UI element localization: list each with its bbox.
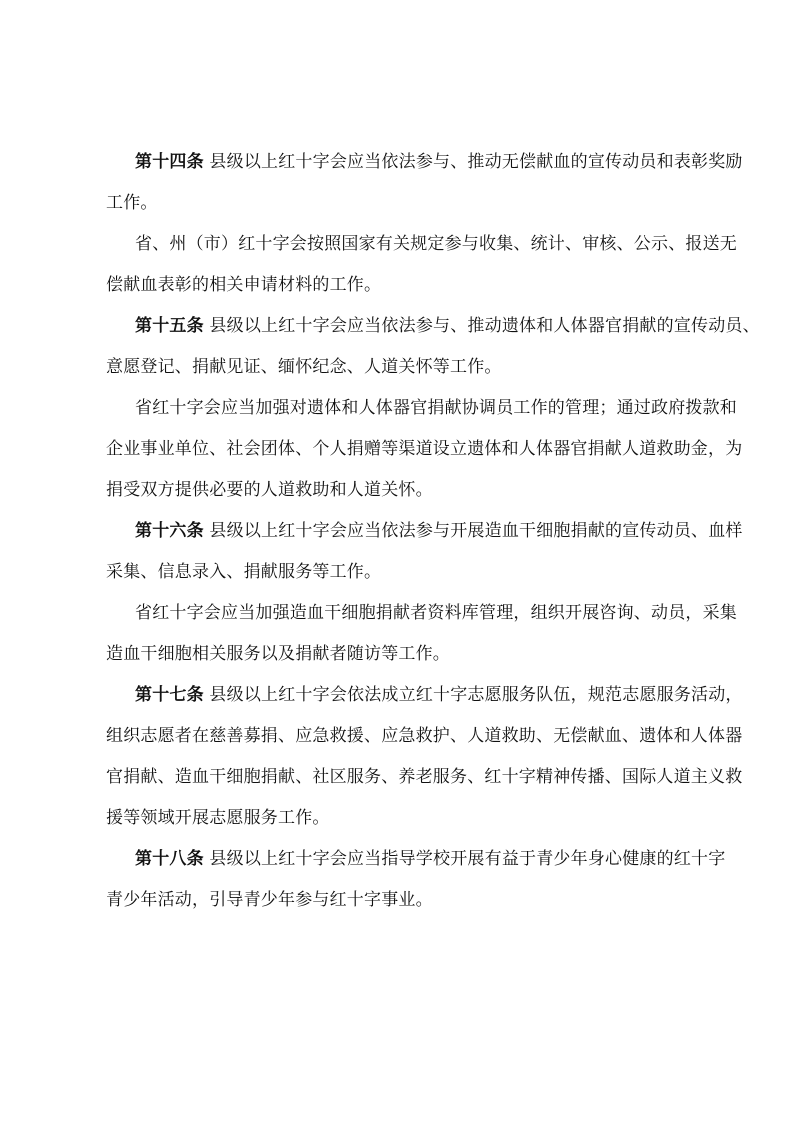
paragraph-line: 援等领域开展志愿服务工作。 [106, 806, 696, 847]
article-number: 第十八条 [135, 849, 204, 869]
paragraph-line: 省、州（市）红十字会按照国家有关规定参与收集、统计、审核、公示、报送无 [106, 232, 696, 273]
article-number: 第十六条 [135, 521, 204, 541]
line-text: 省红十字会应当加强对遗体和人体器官捐献协调员工作的管理；通过政府拨款和 [135, 398, 737, 418]
article-art16: 第十六条 县级以上红十字会应当依法参与开展造血干细胞捐献的宣传动员、血样采集、信… [106, 519, 696, 683]
article-number: 第十四条 [135, 152, 204, 172]
paragraph-line: 第十四条 县级以上红十字会应当依法参与、推动无偿献血的宣传动员和表彰奖励 [106, 150, 696, 191]
article-art17: 第十七条 县级以上红十字会依法成立红十字志愿服务队伍，规范志愿服务活动，组织志愿… [106, 683, 696, 847]
paragraph-line: 采集、信息录入、捐献服务等工作。 [106, 560, 696, 601]
paragraph-line: 意愿登记、捐献见证、缅怀纪念、人道关怀等工作。 [106, 355, 696, 396]
paragraph-line: 造血干细胞相关服务以及捐献者随访等工作。 [106, 642, 696, 683]
paragraph-line: 第十五条 县级以上红十字会应当依法参与、推动遗体和人体器官捐献的宣传动员、 [106, 314, 696, 355]
paragraph-line: 省红十字会应当加强造血干细胞捐献者资料库管理，组织开展咨询、动员，采集 [106, 601, 696, 642]
paragraph-line: 偿献血表彰的相关申请材料的工作。 [106, 273, 696, 314]
paragraph-line: 企业事业单位、社会团体、个人捐赠等渠道设立遗体和人体器官捐献人道救助金，为 [106, 437, 696, 478]
line-text: 官捐献、造血干细胞捐献、社区服务、养老服务、红十字精神传播、国际人道主义救 [106, 767, 742, 787]
paragraph-line: 第十六条 县级以上红十字会应当依法参与开展造血干细胞捐献的宣传动员、血样 [106, 519, 696, 560]
line-text: 青少年活动，引导青少年参与红十字事业。 [106, 890, 433, 910]
article-art15: 第十五条 县级以上红十字会应当依法参与、推动遗体和人体器官捐献的宣传动员、意愿登… [106, 314, 696, 519]
line-text: 县级以上红十字会应当依法参与、推动遗体和人体器官捐献的宣传动员、 [204, 316, 760, 336]
line-text: 采集、信息录入、捐献服务等工作。 [106, 562, 381, 582]
article-art14: 第十四条 县级以上红十字会应当依法参与、推动无偿献血的宣传动员和表彰奖励工作。省… [106, 150, 696, 314]
paragraph-line: 捐受双方提供必要的人道救助和人道关怀。 [106, 478, 696, 519]
line-text: 意愿登记、捐献见证、缅怀纪念、人道关怀等工作。 [106, 357, 502, 377]
paragraph-line: 第十七条 县级以上红十字会依法成立红十字志愿服务队伍，规范志愿服务活动， [106, 683, 696, 724]
paragraph-line: 组织志愿者在慈善募捐、应急救援、应急救护、人道救助、无偿献血、遗体和人体器 [106, 724, 696, 765]
line-text: 省红十字会应当加强造血干细胞捐献者资料库管理，组织开展咨询、动员，采集 [135, 603, 737, 623]
line-text: 组织志愿者在慈善募捐、应急救援、应急救护、人道救助、无偿献血、遗体和人体器 [106, 726, 742, 746]
line-text: 援等领域开展志愿服务工作。 [106, 808, 330, 828]
paragraph-line: 工作。 [106, 191, 696, 232]
paragraph-line: 第十八条 县级以上红十字会应当指导学校开展有益于青少年身心健康的红十字 [106, 847, 696, 888]
paragraph-line: 官捐献、造血干细胞捐献、社区服务、养老服务、红十字精神传播、国际人道主义救 [106, 765, 696, 806]
line-text: 企业事业单位、社会团体、个人捐赠等渠道设立遗体和人体器官捐献人道救助金，为 [106, 439, 742, 459]
line-text: 捐受双方提供必要的人道救助和人道关怀。 [106, 480, 433, 500]
article-art18: 第十八条 县级以上红十字会应当指导学校开展有益于青少年身心健康的红十字青少年活动… [106, 847, 696, 929]
line-text: 偿献血表彰的相关申请材料的工作。 [106, 275, 381, 295]
line-text: 工作。 [106, 193, 158, 213]
line-text: 县级以上红十字会依法成立红十字志愿服务队伍，规范志愿服务活动， [204, 685, 743, 705]
document-page: 第十四条 县级以上红十字会应当依法参与、推动无偿献血的宣传动员和表彰奖励工作。省… [106, 150, 696, 929]
line-text: 县级以上红十字会应当指导学校开展有益于青少年身心健康的红十字 [204, 849, 726, 869]
line-text: 县级以上红十字会应当依法参与开展造血干细胞捐献的宣传动员、血样 [204, 521, 743, 541]
article-number: 第十七条 [135, 685, 204, 705]
line-text: 县级以上红十字会应当依法参与、推动无偿献血的宣传动员和表彰奖励 [204, 152, 743, 172]
paragraph-line: 省红十字会应当加强对遗体和人体器官捐献协调员工作的管理；通过政府拨款和 [106, 396, 696, 437]
article-number: 第十五条 [135, 316, 204, 336]
line-text: 造血干细胞相关服务以及捐献者随访等工作。 [106, 644, 450, 664]
paragraph-line: 青少年活动，引导青少年参与红十字事业。 [106, 888, 696, 929]
line-text: 省、州（市）红十字会按照国家有关规定参与收集、统计、审核、公示、报送无 [135, 234, 737, 254]
